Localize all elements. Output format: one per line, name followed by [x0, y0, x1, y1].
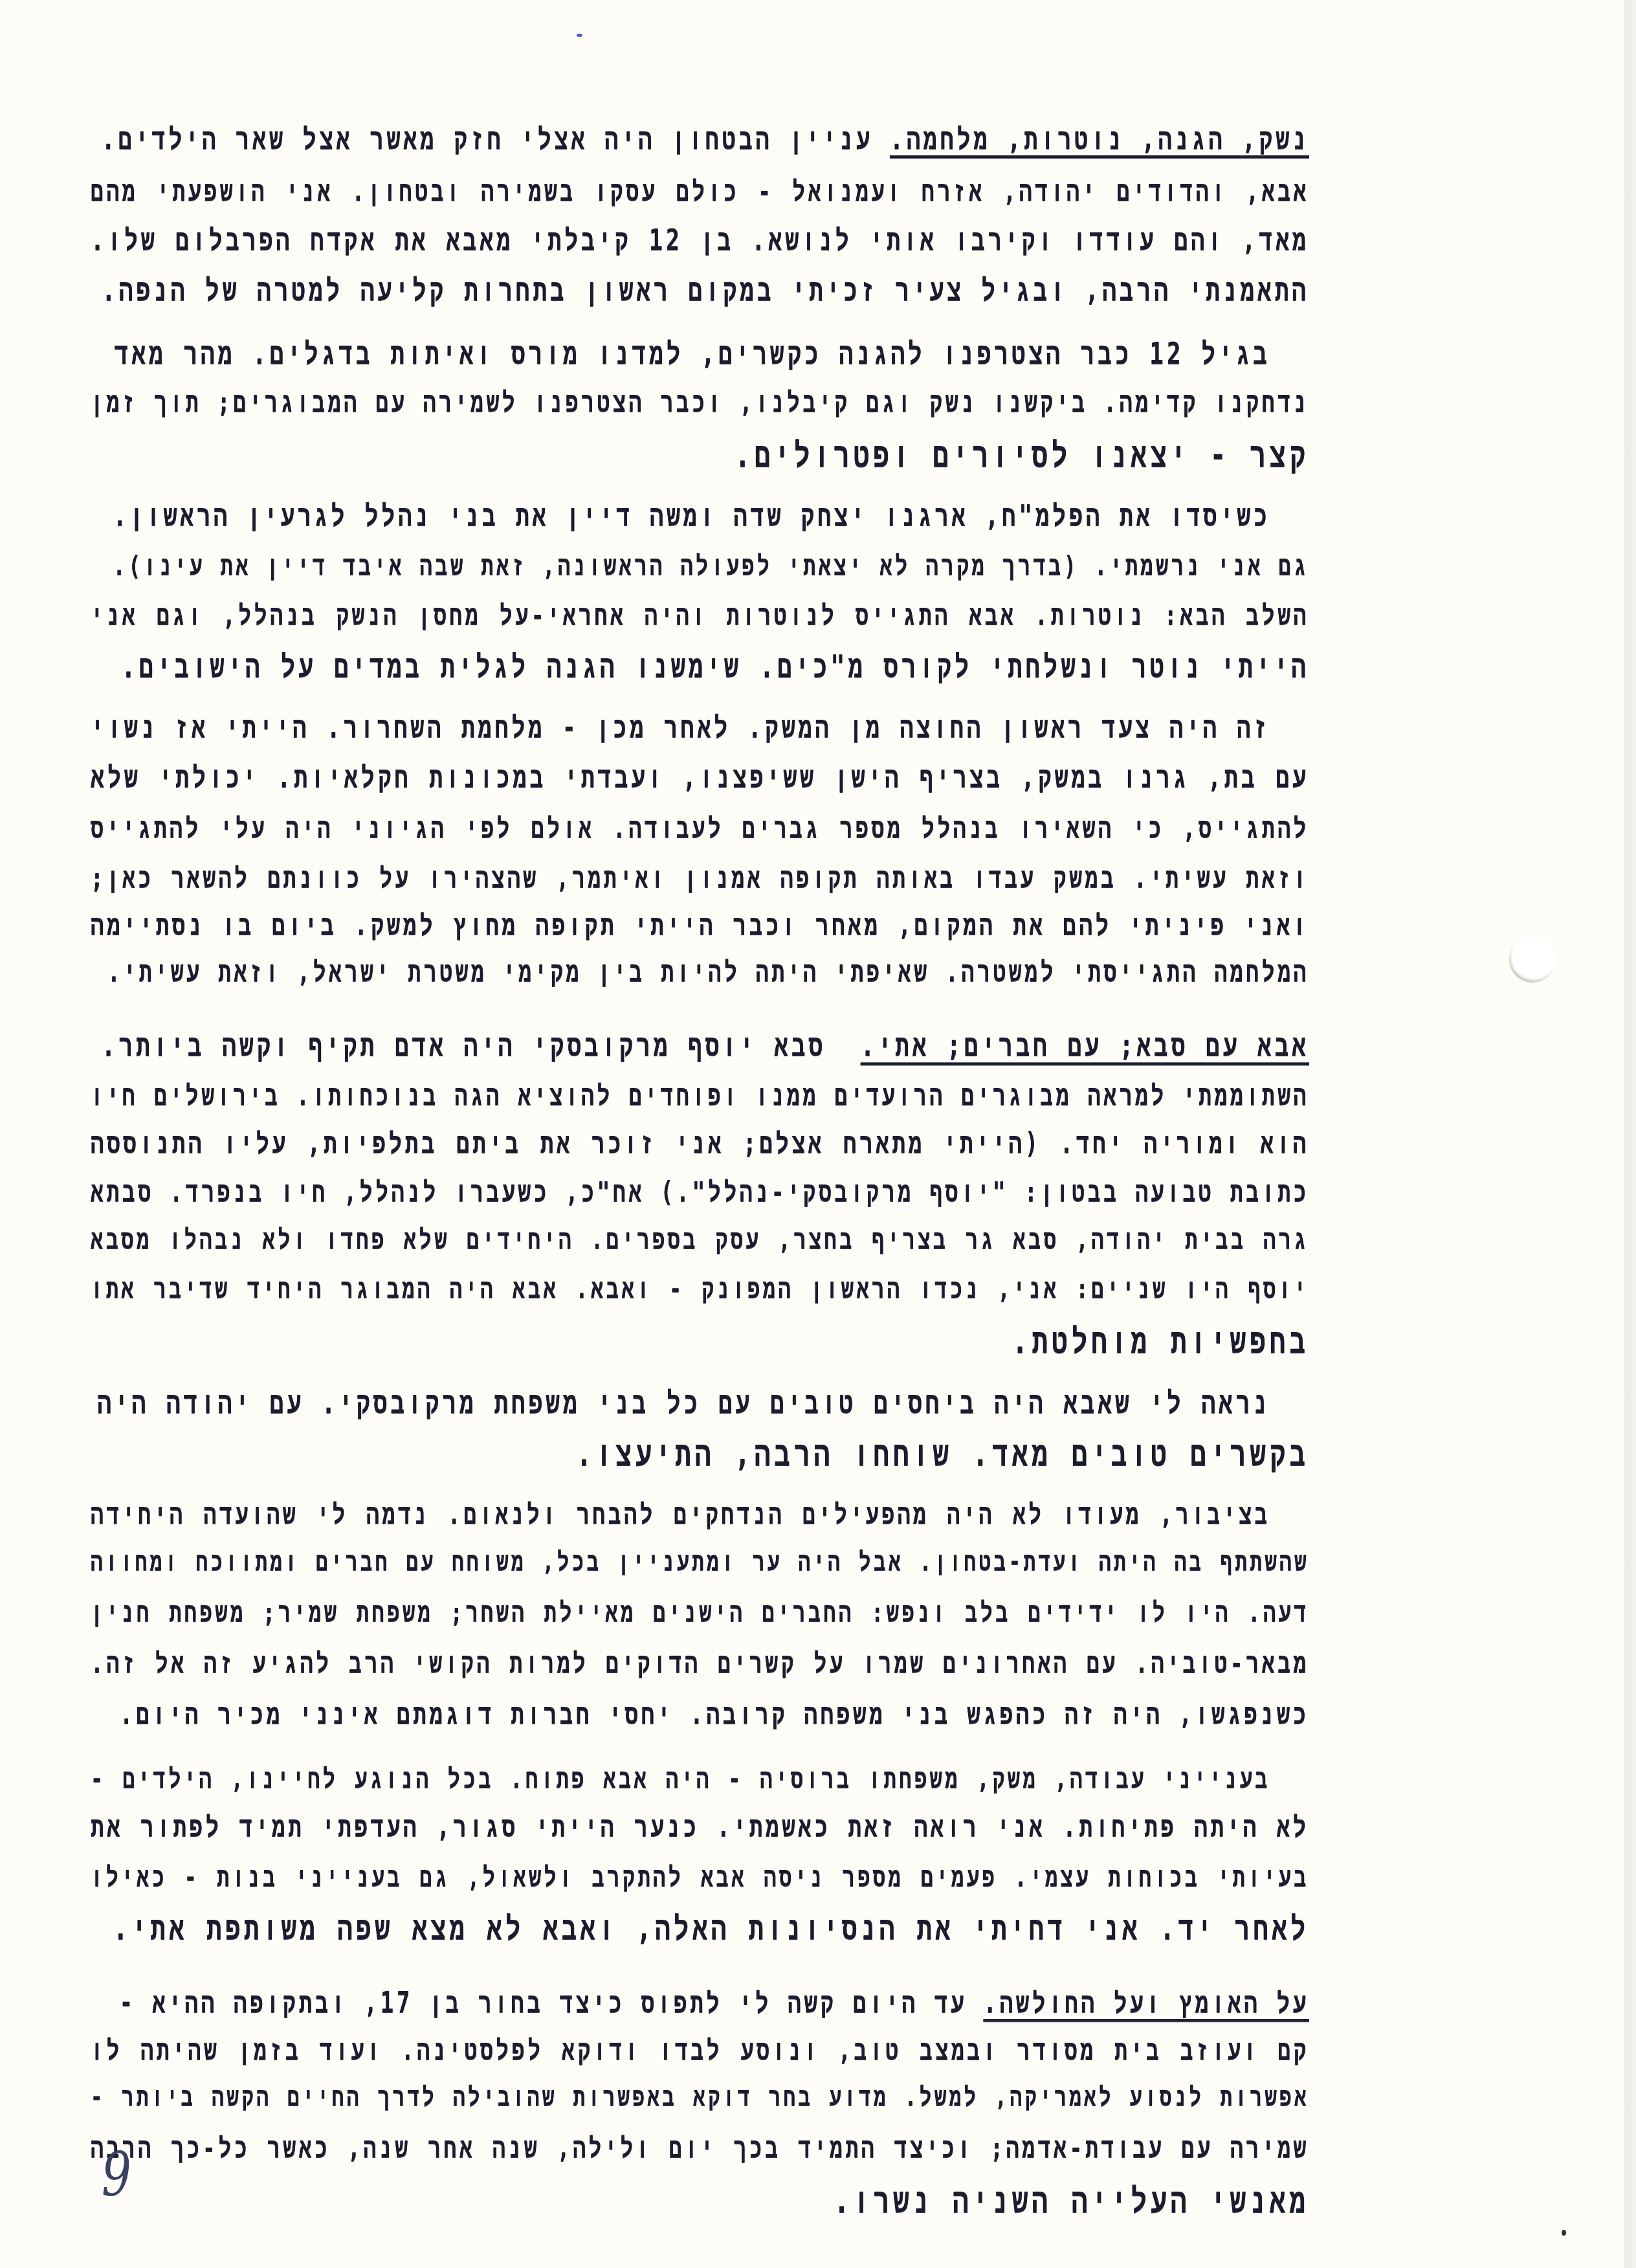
text-line: על האומץ ועל החולשה. עד היום קשה לי לתפו… [91, 1989, 1309, 2018]
text-line: המלחמה התגייסתי למשטרה. שאיפתי היתה להיו… [91, 958, 1309, 985]
text-line: דעה. היו לו ידידים בלב ונפש: החברים הישנ… [91, 1599, 1309, 1625]
text-line: מבאר-טוביה. עם האחרונים שמרו על קשרים הד… [91, 1649, 1309, 1676]
text-line: כשיסדו את הפלמ"ח, ארגנו יצחק שדה ומשה די… [91, 502, 1270, 531]
text-line: עם בת, גרנו במשק, בצריף הישן ששיפצנו, וע… [91, 764, 1309, 793]
text-line: זה היה צעד ראשון החוצה מן המשק. לאחר מכן… [91, 714, 1270, 743]
text-line: מאנשי העלייה השניה נשרו. [91, 2184, 1309, 2218]
text-line: אבא, והדודים יהודה, אזרח ועמנואל - כולם … [91, 177, 1309, 205]
text-line: להתגייס, כי השאירו בנהלל מספר גברים לעבו… [91, 814, 1309, 841]
text-line: בענייני עבודה, משק, משפחתו ברוסיה - היה … [91, 1765, 1270, 1792]
text-line: כתובת טבועה בבטון: "יוסף מרקובסקי-נהלל".… [91, 1178, 1309, 1205]
text-line: קם ועוזב בית מסודר ובמצב טוב, ונוסע לבדו… [91, 2036, 1309, 2063]
text-line: גם אני נרשמתי. (בדרך מקרה לא יצאתי לפעול… [91, 552, 1309, 579]
section-heading: נשק, הגנה, נוטרות, מלחמה. [890, 123, 1309, 156]
text-line: גרה בבית יהודה, סבא גר בצריף בחצר, עסק ב… [91, 1226, 1309, 1252]
text-line: הוא ומוריה יחד. (הייתי מתארח אצלם; אני ז… [91, 1129, 1309, 1158]
text-line: השתוממתי למראה מבוגרים הרועדים ממנו ופוח… [91, 1082, 1309, 1109]
text-line: שהשתתף בה היתה ועדת-בטחון. אבל היה ער ומ… [91, 1550, 1309, 1575]
section-heading: על האומץ ועל החולשה. [983, 1986, 1309, 2019]
text-line: שמירה עם עבודת-אדמה; וכיצד התמיד בכך יום… [91, 2134, 1309, 2161]
text-line: ואני פיניתי להם את המקום, מאחר וכבר היית… [91, 911, 1309, 940]
text-line: כשנפגשו, היה זה כהפגש בני משפחה קרובה. י… [91, 1700, 1309, 1729]
text-line: נראה לי שאבא היה ביחסים טובים עם כל בני … [91, 1389, 1270, 1419]
ink-mark [1562, 2230, 1566, 2236]
text-line: וזאת עשיתי. במשק עבדו באותה תקופה אמנון … [91, 864, 1309, 891]
text-line: מאד, והם עודדו וקירבו אותי לנושא. בן 12 … [91, 227, 1309, 256]
text-line: בציבור, מעודו לא היה מהפעילים הנדחקים לה… [91, 1500, 1270, 1528]
section-heading: אבא עם סבא; עם חברים; אתי. [861, 1029, 1309, 1063]
text-line: אפשרות לנסוע לאמריקה, למשל. מדוע בחר דוק… [91, 2085, 1309, 2111]
text-line: קצר - יצאנו לסיורים ופטרולים. [91, 438, 1309, 472]
text-line: נדחקנו קדימה. ביקשנו נשק וגם קיבלנו, וכב… [91, 388, 1309, 416]
punch-hole [1509, 936, 1556, 983]
text-line: יוסף היו שניים: אני, נכדו הראשון המפונק … [91, 1275, 1309, 1302]
text-line: הייתי נוטר ונשלחתי לקורס מ"כים. שימשנו ה… [91, 651, 1309, 682]
text-line: בעיותי בכוחות עצמי. פעמים מספר ניסה אבא … [91, 1863, 1309, 1890]
text-line: בגיל 12 כבר הצטרפנו להגנה כקשרים, למדנו … [91, 340, 1270, 370]
page-number: 9 [102, 2139, 131, 2210]
text-line: בחפשיות מוחלטת. [91, 1324, 1309, 1358]
text-line: בקשרים טובים מאד. שוחחו הרבה, התיעצו. [91, 1437, 1309, 1471]
text-line: התאמנתי הרבה, ובגיל צעיר זכיתי במקום ראש… [91, 276, 1309, 306]
text-line: נשק, הגנה, נוטרות, מלחמה. עניין הבטחון ה… [91, 126, 1309, 155]
ink-mark [577, 34, 582, 37]
text-line: השלב הבא: נוטרות. אבא התגייס לנוטרות והי… [91, 601, 1309, 628]
text-line: אבא עם סבא; עם חברים; אתי. סבא יוסף מרקו… [91, 1032, 1309, 1062]
text-line: לא היתה פתיחות. אני רואה זאת כאשמתי. כנע… [91, 1813, 1309, 1841]
paper-edge [1624, 0, 1636, 2268]
text-line: לאחר יד. אני דחיתי את הנסיונות האלה, ואב… [91, 1913, 1309, 1945]
